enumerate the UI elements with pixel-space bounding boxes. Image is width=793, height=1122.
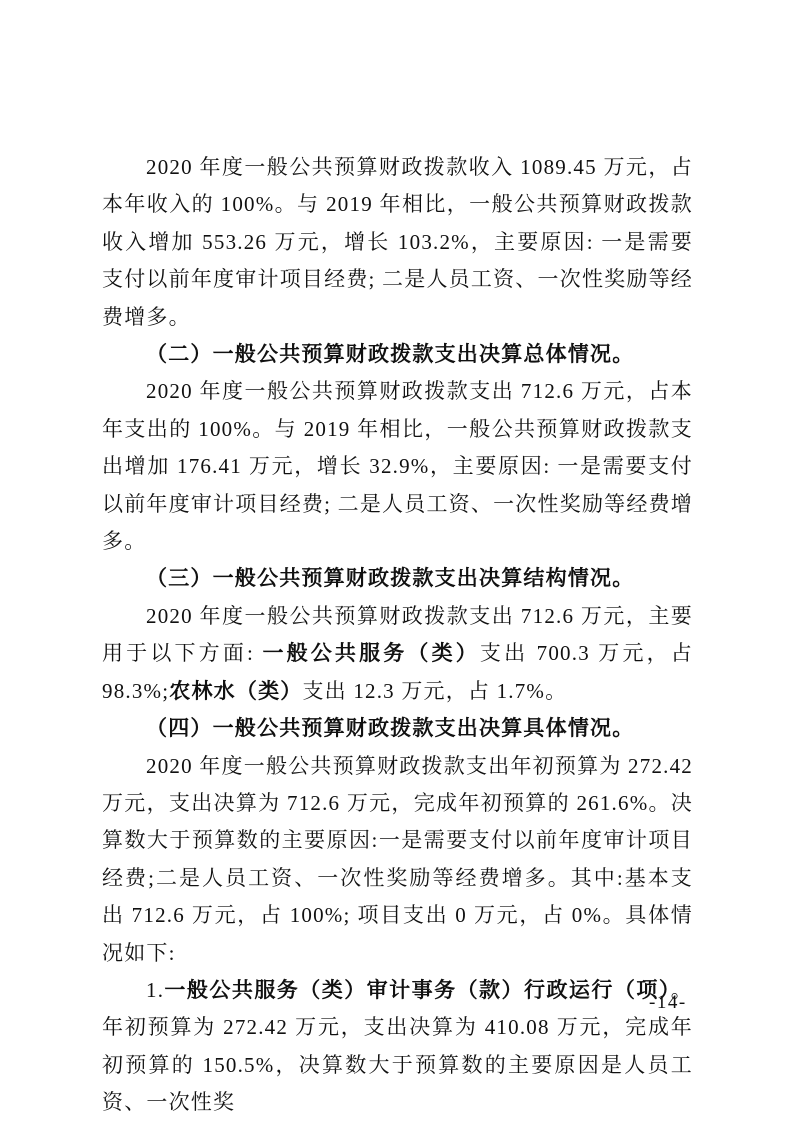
paragraph-fiscal-revenue: 2020 年度一般公共预算财政拨款收入 1089.45 万元，占本年收入的 10… — [102, 149, 693, 336]
heading-text: （二）一般公共预算财政拨款支出决算总体情况。 — [146, 342, 634, 366]
section-heading-4: （四）一般公共预算财政拨款支出决算具体情况。 — [102, 710, 693, 747]
paragraph-expenditure-details: 2020 年度一般公共预算财政拨款支出年初预算为 272.42 万元，支出决算为… — [102, 748, 693, 972]
section-heading-3: （三）一般公共预算财政拨款支出决算结构情况。 — [102, 560, 693, 597]
section-heading-2: （二）一般公共预算财政拨款支出决算总体情况。 — [102, 336, 693, 373]
page-number: -14- — [649, 992, 687, 1014]
paragraph-text: 2020 年度一般公共预算财政拨款支出年初预算为 272.42 万元，支出决算为… — [102, 754, 693, 965]
paragraph-text: 2020 年度一般公共预算财政拨款支出 712.6 万元，占本年支出的 100%… — [102, 379, 693, 553]
paragraph-expenditure-overview: 2020 年度一般公共预算财政拨款支出 712.6 万元，占本年支出的 100%… — [102, 373, 693, 560]
paragraph-text: 支出 12.3 万元，占 1.7%。 — [302, 679, 567, 703]
bold-term-general-public-service: 一般公共服务（类） — [262, 641, 479, 665]
paragraph-text: 2020 年度一般公共预算财政拨款收入 1089.45 万元，占本年收入的 10… — [102, 155, 693, 329]
bold-term-agriculture-forestry-water: 农林水（类） — [169, 679, 302, 703]
document-body: 2020 年度一般公共预算财政拨款收入 1089.45 万元，占本年收入的 10… — [102, 149, 693, 1122]
paragraph-item-1: 1.一般公共服务（类）审计事务（款）行政运行（项）。年初预算为 272.42 万… — [102, 972, 693, 1122]
heading-text: （三）一般公共预算财政拨款支出决算结构情况。 — [146, 566, 634, 590]
document-page: 2020 年度一般公共预算财政拨款收入 1089.45 万元，占本年收入的 10… — [0, 0, 793, 1122]
item-number: 1. — [146, 978, 164, 1002]
bold-item-title-admin-operation: 一般公共服务（类）审计事务（款）行政运行（项） — [164, 978, 671, 1002]
paragraph-expenditure-structure: 2020 年度一般公共预算财政拨款支出 712.6 万元，主要用于以下方面: 一… — [102, 598, 693, 710]
heading-text: （四）一般公共预算财政拨款支出决算具体情况。 — [146, 716, 634, 740]
